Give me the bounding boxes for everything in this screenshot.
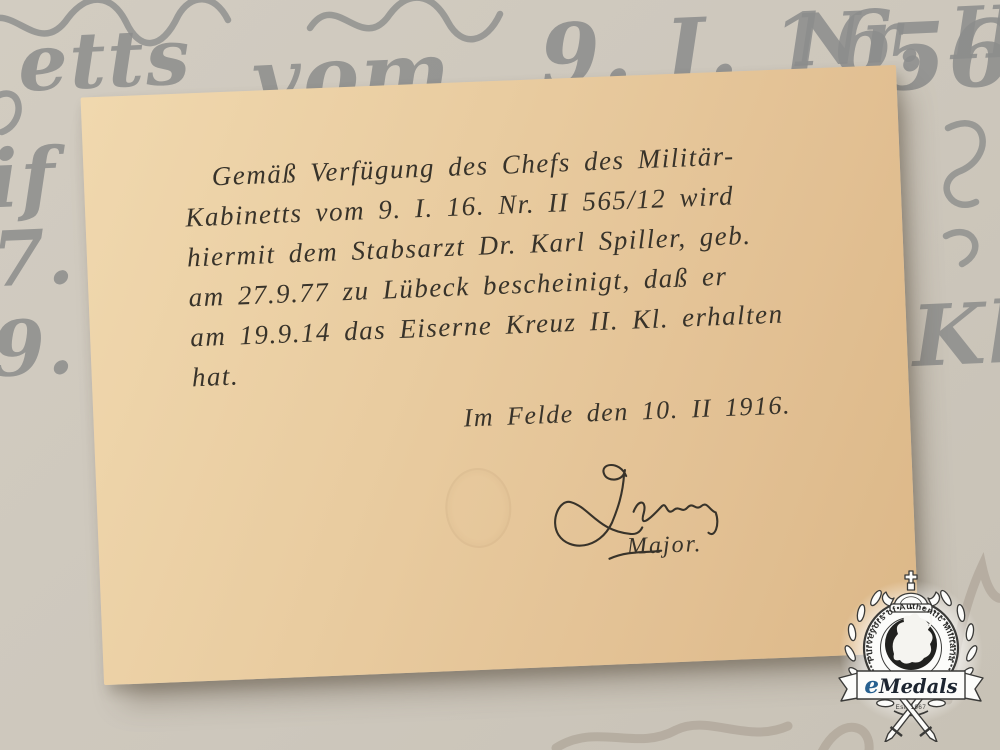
brand-text: eMedals: [864, 672, 957, 699]
signature-flourish: [535, 449, 760, 586]
signature-rank-label: Major.: [626, 531, 702, 561]
document-paper: Gemäß Verfügung des Chefs des Militär- K…: [81, 65, 920, 685]
photo-stage: etts vom 9. I. 16. Nr. II 565 if 7. 9. 9…: [0, 0, 1000, 750]
document-dateline: Im Felde den 10. II 1916.: [463, 382, 882, 439]
embossed-seal: [444, 467, 513, 550]
background-fragment: 565: [880, 4, 1000, 105]
background-fragment: Kl.: [910, 289, 1000, 379]
background-fragment: etts: [16, 18, 193, 103]
emedals-badge-icon: Purveyors of Authentic Militaria eMedals…: [836, 570, 986, 742]
emedals-watermark: Purveyors of Authentic Militaria eMedals…: [836, 570, 986, 742]
established-text: Est. 1967: [896, 704, 927, 711]
document-text-block: Gemäß Verfügung des Chefs des Militär- K…: [183, 130, 882, 449]
script-loops-left: [0, 94, 19, 132]
script-loops-right: [946, 123, 983, 264]
faint-script-bottom-wave: [556, 725, 788, 748]
background-fragment: if: [0, 137, 59, 220]
